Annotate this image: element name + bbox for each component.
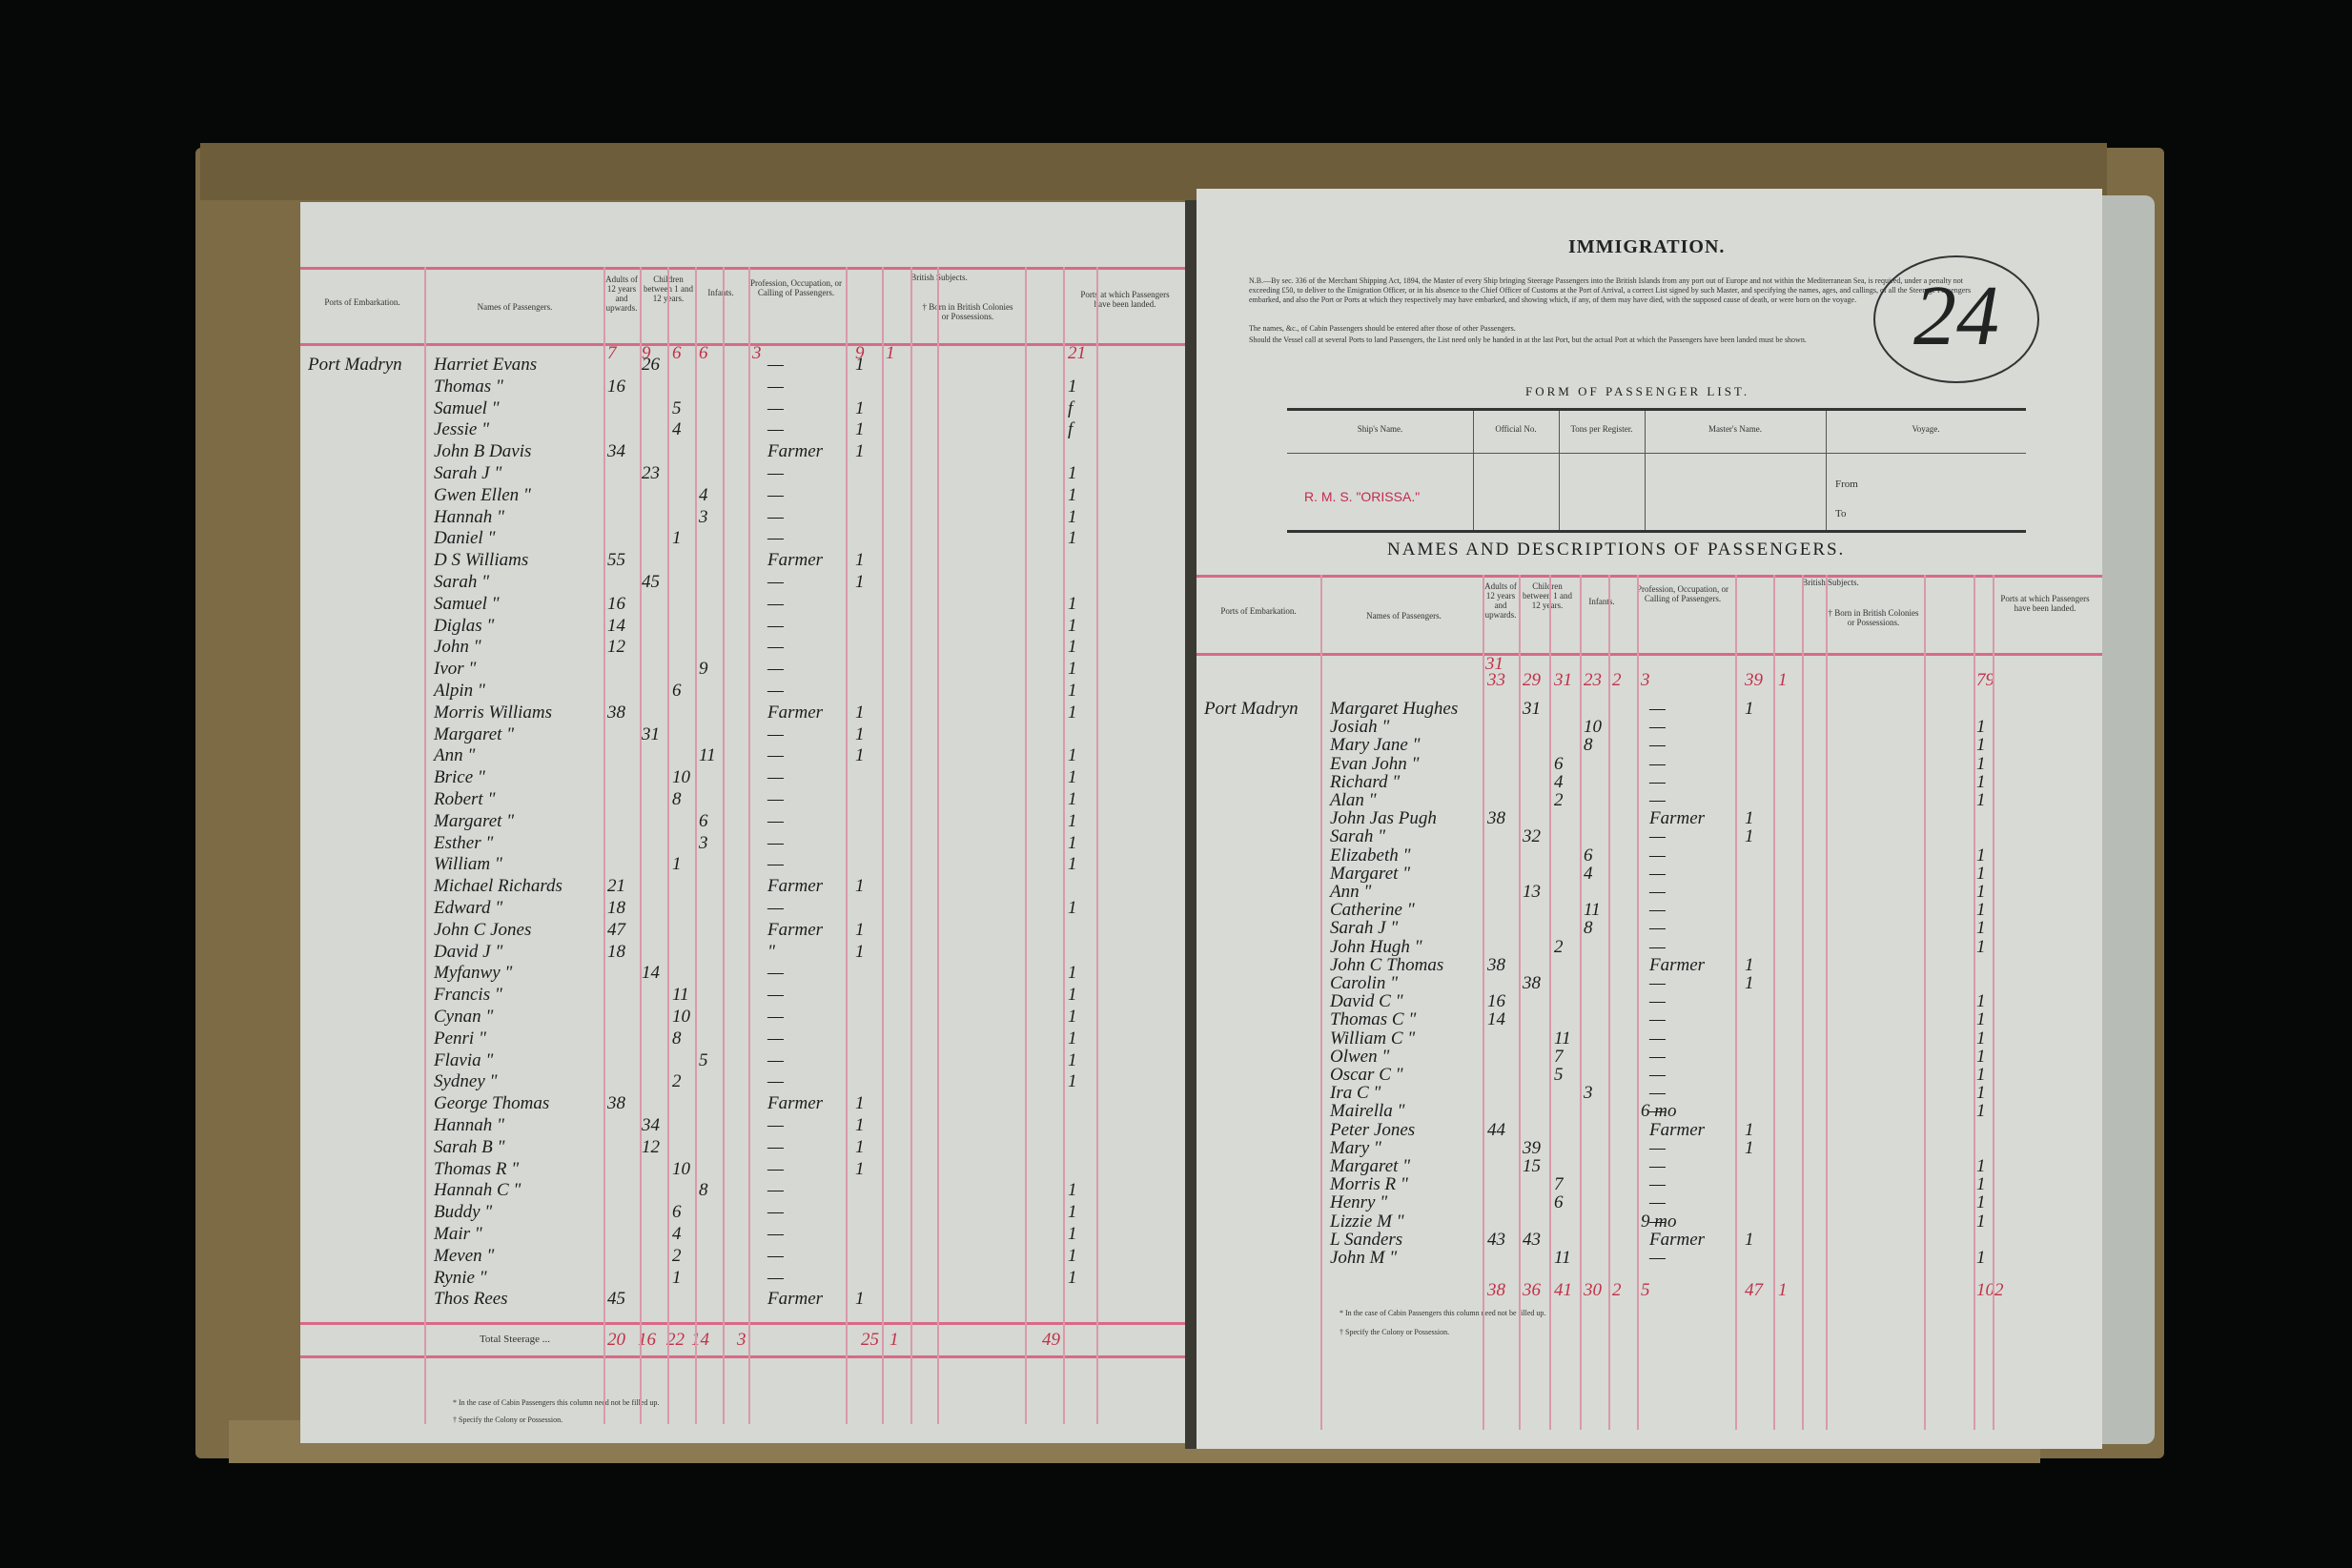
passenger-name: Gwen Ellen "	[434, 485, 531, 506]
passenger-name: John C Jones	[434, 920, 531, 941]
passenger-adult-m: 16	[607, 377, 625, 397]
header-profession: Profession, Occupation, or Calling of Pa…	[748, 278, 844, 297]
passenger-child-m: 2	[672, 1071, 682, 1092]
passenger-foreigners: 1	[1068, 833, 1077, 854]
passenger-foreigners: 1	[1976, 1248, 1986, 1269]
passenger-adult-m: 12	[607, 637, 625, 658]
passenger-name: Margaret "	[434, 811, 514, 832]
form-title: FORM OF PASSENGER LIST.	[1525, 384, 1749, 399]
passenger-foreigners: 1	[1068, 703, 1077, 723]
passenger-occupation: "	[767, 942, 775, 963]
passenger-name: Edward "	[434, 898, 502, 919]
port-of-embarkation: Port Madryn	[308, 355, 402, 376]
passenger-occupation: —	[767, 637, 784, 658]
passenger-adult-m: 43	[1487, 1230, 1505, 1251]
passenger-child-m: 10	[672, 767, 690, 788]
passenger-english: 1	[855, 724, 865, 745]
passenger-occupation: —	[767, 1028, 784, 1049]
passenger-child-m: 2	[1554, 790, 1564, 811]
passenger-name: Buddy "	[434, 1202, 492, 1223]
column-rule	[1320, 575, 1322, 1430]
column-rule	[1735, 575, 1737, 1430]
total-adult-f: 36	[1523, 1280, 1541, 1301]
passenger-name: Thomas R "	[434, 1159, 519, 1180]
footnote-cabin: * In the case of Cabin Passengers this c…	[453, 1398, 659, 1408]
passenger-occupation: —	[767, 616, 784, 637]
column-rule	[1580, 575, 1582, 1430]
column-rule	[640, 267, 642, 1424]
header-british-subjects: British Subjects.	[1740, 578, 1921, 587]
passenger-occupation: —	[767, 724, 784, 745]
column-rule	[910, 267, 912, 1424]
passenger-name: Robert "	[434, 789, 495, 810]
left-page: Ports of Embarkation. Names of Passenger…	[300, 202, 1187, 1443]
passenger-foreigners: 1	[1068, 811, 1077, 832]
passenger-english: 1	[855, 1137, 865, 1158]
header-adults: Adults of 12 years and upwards.	[603, 275, 640, 313]
column-rule	[1773, 575, 1775, 1430]
passenger-english: 1	[855, 1115, 865, 1136]
passengers-section-title: NAMES AND DESCRIPTIONS OF PASSENGERS.	[1387, 540, 1845, 560]
column-rule	[1519, 575, 1521, 1430]
carried-forward-child-m: 6	[672, 343, 682, 364]
passenger-foreigners: 1	[1068, 985, 1077, 1006]
passenger-occupation: —	[767, 1050, 784, 1071]
total-scotch: 1	[1778, 1280, 1788, 1301]
carried-forward-scotch: 1	[886, 343, 895, 364]
passenger-occupation: —	[767, 963, 784, 984]
passenger-name: Penri "	[434, 1028, 486, 1049]
passenger-adult-f: 31	[642, 724, 660, 745]
passenger-name: Esther "	[434, 833, 493, 854]
passenger-name: Margaret "	[434, 724, 514, 745]
passenger-child-f: 4	[1584, 864, 1593, 885]
passenger-english: 1	[1745, 1138, 1754, 1159]
carried-forward-child-f: 6	[699, 343, 708, 364]
passenger-name: Ivor "	[434, 659, 476, 680]
carried-forward-adult-f: 29	[1523, 670, 1541, 691]
column-rule	[723, 267, 725, 1424]
total-infant-f: 3	[737, 1330, 747, 1351]
passenger-occupation: —	[1649, 1248, 1666, 1269]
header-children: Children between 1 and 12 years.	[1521, 581, 1574, 610]
carried-forward-child-m: 31	[1554, 670, 1572, 691]
carried-forward-inf-m: 2	[1612, 670, 1622, 691]
passenger-name: John "	[434, 637, 481, 658]
passenger-name: Samuel "	[434, 594, 500, 615]
passenger-foreigners: 1	[1068, 1224, 1077, 1245]
passenger-occupation: —	[767, 1137, 784, 1158]
passenger-child-m: 4	[672, 1224, 682, 1245]
passenger-child-m: 6	[672, 1202, 682, 1223]
header-bottom-rule	[300, 343, 1187, 346]
carried-forward-english: 39	[1745, 670, 1763, 691]
passenger-occupation: —	[767, 745, 784, 766]
passenger-foreigners: 1	[1068, 485, 1077, 506]
passenger-foreigners: 1	[1068, 1007, 1077, 1028]
passenger-adult-m: 38	[607, 1093, 625, 1114]
passenger-name: Michael Richards	[434, 876, 562, 897]
passenger-foreigners: 1	[1068, 1246, 1077, 1267]
carried-forward-child-f: 23	[1584, 670, 1602, 691]
passenger-adult-m: 38	[1487, 955, 1505, 976]
passenger-english: 1	[855, 876, 865, 897]
master-name-header: Master's Name.	[1645, 424, 1826, 434]
passenger-child-m: 11	[1554, 1248, 1571, 1269]
passenger-adult-f: 31	[1523, 699, 1541, 720]
passenger-occupation: —	[767, 398, 784, 419]
passenger-occupation: Farmer	[767, 1289, 823, 1310]
ship-details-table: Ship's Name. Official No. Tons per Regis…	[1287, 408, 2026, 533]
total-inf-f: 5	[1641, 1280, 1650, 1301]
immigration-title: IMMIGRATION.	[1568, 236, 1725, 258]
column-rule	[1826, 575, 1828, 1430]
passenger-name: Brice "	[434, 767, 485, 788]
header-ports-landed: Ports at which Passengers have been land…	[1997, 594, 2093, 613]
passenger-adult-f: 38	[1523, 973, 1541, 994]
passenger-name: John M "	[1330, 1248, 1397, 1269]
passenger-occupation: —	[767, 833, 784, 854]
passenger-occupation: —	[767, 1246, 784, 1267]
passenger-occupation: —	[767, 419, 784, 440]
passenger-name: Daniel "	[434, 528, 495, 549]
passenger-english: 1	[855, 1093, 865, 1114]
page-stack-edge	[2102, 195, 2155, 1444]
passenger-english: 1	[855, 703, 865, 723]
port-of-embarkation: Port Madryn	[1204, 699, 1299, 720]
passenger-adult-m: 14	[1487, 1009, 1505, 1030]
passenger-occupation: —	[767, 659, 784, 680]
passenger-name: Flavia "	[434, 1050, 493, 1071]
passenger-child-m: 6	[1554, 1192, 1564, 1213]
header-names: Names of Passengers.	[429, 302, 601, 312]
passenger-foreigners: 1	[1068, 637, 1077, 658]
passenger-child-m: 1	[672, 1268, 682, 1289]
passenger-foreigners: 1	[1976, 1212, 1986, 1232]
total-scotch: 1	[890, 1330, 899, 1351]
nb-several-ports: Should the Vessel call at several Ports …	[1249, 336, 1974, 345]
passenger-occupation: —	[767, 1202, 784, 1223]
passenger-child-m: 8	[672, 789, 682, 810]
column-rule	[1549, 575, 1551, 1430]
passenger-occupation: —	[767, 898, 784, 919]
passenger-name: Alpin "	[434, 681, 485, 702]
passenger-english: 1	[1745, 699, 1754, 720]
passenger-occupation: —	[767, 1224, 784, 1245]
passenger-foreigners: 1	[1068, 1028, 1077, 1049]
right-page: IMMIGRATION. N.B.—By sec. 336 of the Mer…	[1196, 189, 2102, 1449]
nb-merchant-shipping-act: N.B.—By sec. 336 of the Merchant Shippin…	[1249, 276, 1974, 305]
passenger-english: 1	[855, 398, 865, 419]
passenger-occupation: Farmer	[767, 441, 823, 462]
passenger-adult-m: 38	[1487, 808, 1505, 829]
column-rule	[1608, 575, 1610, 1430]
column-rule	[748, 267, 750, 1424]
header-bottom-rule	[1196, 653, 2102, 656]
passenger-occupation: —	[767, 507, 784, 528]
passenger-foreigners: 1	[1068, 463, 1077, 484]
passenger-foreigners: 1	[1068, 898, 1077, 919]
passenger-foreigners: 1	[1068, 659, 1077, 680]
passenger-english: 1	[1745, 1230, 1754, 1251]
header-top-rule	[300, 267, 1187, 270]
total-english: 47	[1745, 1280, 1763, 1301]
passenger-occupation: —	[767, 767, 784, 788]
passenger-occupation: —	[767, 1159, 784, 1180]
passenger-occupation: Farmer	[767, 920, 823, 941]
passenger-foreigners: 1	[1068, 854, 1077, 875]
passenger-foreigners: 1	[1068, 1050, 1077, 1071]
passenger-foreigners: 1	[1068, 1202, 1077, 1223]
passenger-child-m: 1	[672, 854, 682, 875]
header-profession: Profession, Occupation, or Calling of Pa…	[1630, 584, 1735, 603]
passenger-foreigners: 1	[1976, 937, 1986, 958]
passenger-occupation: —	[767, 377, 784, 397]
passenger-adult-f: 12	[642, 1137, 660, 1158]
passenger-child-f: 8	[1584, 918, 1593, 939]
passenger-name: Meven "	[434, 1246, 494, 1267]
total-child-m: 41	[1554, 1280, 1572, 1301]
passenger-child-f: 5	[699, 1050, 708, 1071]
total-steerage-label: Total Steerage ...	[429, 1334, 601, 1344]
passenger-child-f: 3	[699, 507, 708, 528]
passenger-adult-m: 55	[607, 550, 625, 571]
passenger-adult-m: 45	[607, 1289, 625, 1310]
passenger-occupation: —	[767, 594, 784, 615]
carried-forward-adult-m: 33	[1487, 670, 1505, 691]
passenger-adult-m: 16	[607, 594, 625, 615]
passenger-foreigners: 1	[1976, 790, 1986, 811]
passenger-child-f: 3	[699, 833, 708, 854]
total-bottom-rule	[300, 1355, 1187, 1358]
passenger-child-f: 3	[1584, 1083, 1593, 1104]
passenger-name: Jessie "	[434, 419, 489, 440]
passenger-name: Sydney "	[434, 1071, 498, 1092]
header-british-subjects: British Subjects.	[849, 273, 1030, 282]
passenger-occupation: —	[767, 1180, 784, 1201]
column-rule	[1096, 267, 1098, 1424]
passenger-english: 1	[855, 942, 865, 963]
passenger-name: Sarah B "	[434, 1137, 504, 1158]
header-colonies: † Born in British Colonies or Possession…	[920, 302, 1015, 321]
passenger-name: Sarah "	[434, 572, 489, 593]
passenger-child-m: 4	[672, 419, 682, 440]
passenger-occupation: Farmer	[767, 550, 823, 571]
column-rule	[846, 267, 848, 1424]
passenger-child-m: 6	[672, 681, 682, 702]
passenger-name: Thomas "	[434, 377, 503, 397]
total-child-f: 14	[691, 1330, 709, 1351]
total-adult-m: 38	[1487, 1280, 1505, 1301]
passenger-occupation: —	[767, 789, 784, 810]
passenger-english: 1	[855, 572, 865, 593]
passenger-occupation: —	[767, 1115, 784, 1136]
column-rule	[1637, 575, 1639, 1430]
passenger-english: 1	[855, 745, 865, 766]
passenger-name: Hannah "	[434, 1115, 504, 1136]
passenger-child-f: 11	[699, 745, 716, 766]
passenger-foreigners: 1	[1068, 594, 1077, 615]
header-ports: Ports of Embarkation.	[1196, 606, 1320, 616]
passenger-child-m: 10	[672, 1159, 690, 1180]
folio-number: 24	[1913, 267, 1999, 365]
passenger-child-f: 6	[699, 811, 708, 832]
passenger-foreigners: 1	[1068, 963, 1077, 984]
passenger-adult-f: 45	[642, 572, 660, 593]
passenger-adult-f: 34	[642, 1115, 660, 1136]
passenger-name: D S Williams	[434, 550, 528, 571]
passenger-name: Morris Williams	[434, 703, 552, 723]
header-top-rule	[1196, 575, 2102, 578]
header-infants: Infants.	[697, 288, 745, 297]
carried-forward-scotch: 1	[1778, 670, 1788, 691]
passenger-foreigners: 1	[1976, 1101, 1986, 1122]
passenger-occupation: —	[767, 572, 784, 593]
passenger-foreigners: 1	[1068, 1180, 1077, 1201]
carried-forward-inf-f: 3	[752, 343, 762, 364]
passenger-english: 1	[1745, 973, 1754, 994]
passenger-english: 1	[855, 1159, 865, 1180]
passenger-foreigners: 1	[1068, 616, 1077, 637]
passenger-occupation: —	[767, 854, 784, 875]
passenger-child-m: 11	[672, 985, 689, 1006]
column-rule	[667, 267, 669, 1424]
passenger-foreigners: 1	[1068, 528, 1077, 549]
passenger-occupation: Farmer	[767, 1093, 823, 1114]
voyage-header: Voyage.	[1826, 424, 2026, 434]
column-rule	[1993, 575, 1994, 1430]
passenger-child-m: 5	[672, 398, 682, 419]
column-rule	[1924, 575, 1926, 1430]
passenger-occupation: —	[767, 811, 784, 832]
column-rule	[882, 267, 884, 1424]
passenger-child-f: 4	[699, 485, 708, 506]
passenger-foreigners: 1	[1068, 507, 1077, 528]
passenger-occupation: Farmer	[767, 703, 823, 723]
passenger-english: 1	[855, 920, 865, 941]
ship-name-stamp: R. M. S. "ORISSA."	[1304, 489, 1420, 504]
passenger-adult-m: 18	[607, 898, 625, 919]
passenger-name: William "	[434, 854, 502, 875]
passenger-child-f: 8	[699, 1180, 708, 1201]
footnote-colony: † Specify the Colony or Possession.	[1340, 1328, 1449, 1337]
passenger-adult-m: 34	[607, 441, 625, 462]
header-infants: Infants.	[1578, 597, 1626, 606]
passenger-occupation: —	[767, 528, 784, 549]
passenger-adult-m: 38	[607, 703, 625, 723]
passenger-name: Hannah "	[434, 507, 504, 528]
passenger-occupation: —	[767, 985, 784, 1006]
passenger-foreigners: 1	[1068, 1268, 1077, 1289]
passenger-name: Myfanwy "	[434, 963, 512, 984]
total-foreigners: 102	[1976, 1280, 2004, 1301]
passenger-name: George Thomas	[434, 1093, 549, 1114]
column-rule	[1974, 575, 1975, 1430]
passenger-adult-f: 23	[642, 463, 660, 484]
passenger-name: Rynie "	[434, 1268, 487, 1289]
passenger-foreigners: f	[1068, 398, 1073, 419]
column-rule	[937, 267, 939, 1424]
total-top-rule	[300, 1322, 1187, 1325]
passenger-adult-m: 21	[607, 876, 625, 897]
carried-forward-adult-m: 7	[607, 343, 617, 364]
passenger-name: David J "	[434, 942, 502, 963]
passenger-occupation: —	[767, 1007, 784, 1028]
passenger-name: Hannah C "	[434, 1180, 521, 1201]
passenger-foreigners: 1	[1068, 789, 1077, 810]
passenger-occupation: —	[767, 355, 784, 376]
passenger-child-m: 1	[672, 528, 682, 549]
passenger-foreigners: 1	[1068, 681, 1077, 702]
passenger-occupation: —	[767, 1268, 784, 1289]
column-rule	[1025, 267, 1027, 1424]
passenger-name: Ann "	[434, 745, 475, 766]
passenger-occupation: —	[767, 681, 784, 702]
passenger-child-f: 9	[699, 659, 708, 680]
passenger-english: 1	[1745, 826, 1754, 847]
passenger-name: John B Davis	[434, 441, 531, 462]
nb-cabin-passengers: The names, &c., of Cabin Passengers shou…	[1249, 324, 1974, 334]
passenger-name: Mair "	[434, 1224, 482, 1245]
passenger-adult-m: 18	[607, 942, 625, 963]
ship-name-header: Ship's Name.	[1287, 424, 1473, 434]
passenger-child-m: 8	[672, 1028, 682, 1049]
official-no-header: Official No.	[1473, 424, 1559, 434]
passenger-adult-f: 32	[1523, 826, 1541, 847]
passenger-child-m: 5	[1554, 1065, 1564, 1086]
passenger-english: 1	[855, 1289, 865, 1310]
passenger-english: 1	[855, 355, 865, 376]
passenger-english: 1	[855, 550, 865, 571]
carried-forward-inf-f: 3	[1641, 670, 1650, 691]
total-adult-m: 20	[607, 1330, 625, 1351]
passenger-adult-f: 43	[1523, 1230, 1541, 1251]
passenger-child-m: 10	[672, 1007, 690, 1028]
passenger-adult-m: 47	[607, 920, 625, 941]
header-colonies: † Born in British Colonies or Possession…	[1826, 608, 1921, 627]
footnote-cabin: * In the case of Cabin Passengers this c…	[1340, 1309, 1545, 1318]
passenger-name: Cynan "	[434, 1007, 493, 1028]
voyage-to: To	[1835, 509, 1846, 519]
passenger-foreigners: 1	[1068, 767, 1077, 788]
passenger-name: Sarah J "	[434, 463, 501, 484]
passenger-name: Diglas "	[434, 616, 494, 637]
header-names: Names of Passengers.	[1325, 611, 1483, 621]
passenger-occupation: —	[767, 1071, 784, 1092]
header-ports-landed: Ports at which Passengers have been land…	[1077, 290, 1173, 309]
passenger-foreigners: 1	[1068, 745, 1077, 766]
passenger-adult-f: 26	[642, 355, 660, 376]
total-child-f: 30	[1584, 1280, 1602, 1301]
passenger-child-f: 8	[1584, 735, 1593, 756]
column-rule	[1802, 575, 1804, 1430]
passenger-adult-f: 13	[1523, 882, 1541, 903]
total-foreigners: 49	[1042, 1330, 1060, 1351]
column-rule	[1063, 267, 1065, 1424]
carried-forward-foreigners: 21	[1068, 343, 1086, 364]
passenger-name: Thos Rees	[434, 1289, 508, 1310]
passenger-name: Samuel "	[434, 398, 500, 419]
passenger-child-m: 2	[1554, 937, 1564, 958]
passenger-adult-f: 14	[642, 963, 660, 984]
passenger-name: Harriet Evans	[434, 355, 537, 376]
column-rule	[424, 267, 426, 1424]
passenger-foreigners: 1	[1068, 377, 1077, 397]
passenger-name: Francis "	[434, 985, 502, 1006]
passenger-occupation: —	[767, 485, 784, 506]
passenger-english: 1	[855, 419, 865, 440]
voyage-from: From	[1835, 479, 1858, 489]
